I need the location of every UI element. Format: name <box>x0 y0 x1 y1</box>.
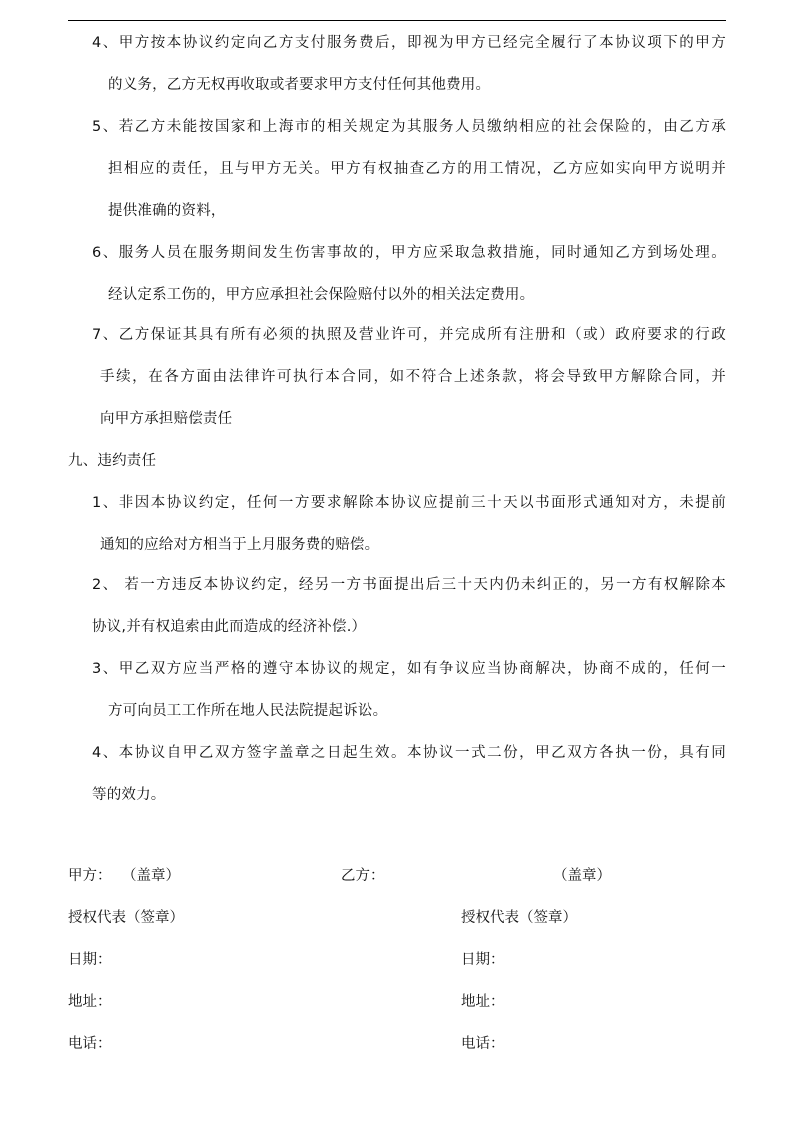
party-b-address: 地址： <box>461 992 505 1012</box>
party-b-label: 乙方： <box>341 866 385 886</box>
paragraph-line: 3、甲乙双方应当严格的遵守本协议的规定，如有争议应当协商解决，协商不成的，任何一 <box>92 659 726 679</box>
paragraph-line: 经认定系工伤的，甲方应承担社会保险赔付以外的相关法定费用。 <box>108 285 534 305</box>
party-a-label: 甲方： <box>68 866 112 886</box>
paragraph-line: 4、本协议自甲乙双方签字盖章之日起生效。本协议一式二份，甲乙双方各执一份，具有同 <box>92 743 726 763</box>
paragraph-line: 通知的应给对方相当于上月服务费的赔偿。 <box>100 535 379 555</box>
party-a-phone: 电话： <box>68 1034 112 1054</box>
paragraph-line: 2、 若一方违反本协议约定，经另一方书面提出后三十天内仍未纠正的，另一方有权解除… <box>92 575 726 595</box>
paragraph-line: 6、服务人员在服务期间发生伤害事故的，甲方应采取急救措施，同时通知乙方到场处理。 <box>92 243 726 263</box>
paragraph-line: 提供准确的资料， <box>108 201 226 221</box>
party-b-date: 日期： <box>461 950 505 970</box>
party-a-representative: 授权代表（签章） <box>68 908 184 928</box>
paragraph-line: 担相应的责任，且与甲方无关。甲方有权抽查乙方的用工情况，乙方应如实向甲方说明并 <box>108 159 726 179</box>
header-rule <box>68 20 726 21</box>
party-a-date: 日期： <box>68 950 112 970</box>
party-b-representative: 授权代表（签章） <box>461 908 577 928</box>
paragraph-line: 的义务，乙方无权再收取或者要求甲方支付任何其他费用。 <box>108 75 490 95</box>
paragraph-line: 1、非因本协议约定，任何一方要求解除本协议应提前三十天以书面形式通知对方，未提前 <box>92 493 726 513</box>
paragraph-line: 九、违约责任 <box>68 451 156 471</box>
paragraph-line: 手续，在各方面由法律许可执行本合同，如不符合上述条款，将会导致甲方解除合同，并 <box>100 367 726 387</box>
paragraph-line: 向甲方承担赔偿责任 <box>100 409 232 429</box>
paragraph-line: 5、若乙方未能按国家和上海市的相关规定为其服务人员缴纳相应的社会保险的，由乙方承 <box>92 117 726 137</box>
party-b-seal: （盖章） <box>553 866 611 886</box>
paragraph-line: 4、甲方按本协议约定向乙方支付服务费后，即视为甲方已经完全履行了本协议项下的甲方 <box>92 33 726 53</box>
paragraph-line: 协议,并有权追索由此而造成的经济补偿.） <box>92 617 366 637</box>
party-b-phone: 电话： <box>461 1034 505 1054</box>
paragraph-line: 等的效力。 <box>92 785 166 805</box>
paragraph-line: 方可向员工工作所在地人民法院提起诉讼。 <box>108 701 387 721</box>
paragraph-line: 7、乙方保证其具有所有必须的执照及营业许可，并完成所有注册和（或）政府要求的行政 <box>92 325 726 345</box>
party-a-address: 地址： <box>68 992 112 1012</box>
party-a-seal: （盖章） <box>122 866 180 886</box>
